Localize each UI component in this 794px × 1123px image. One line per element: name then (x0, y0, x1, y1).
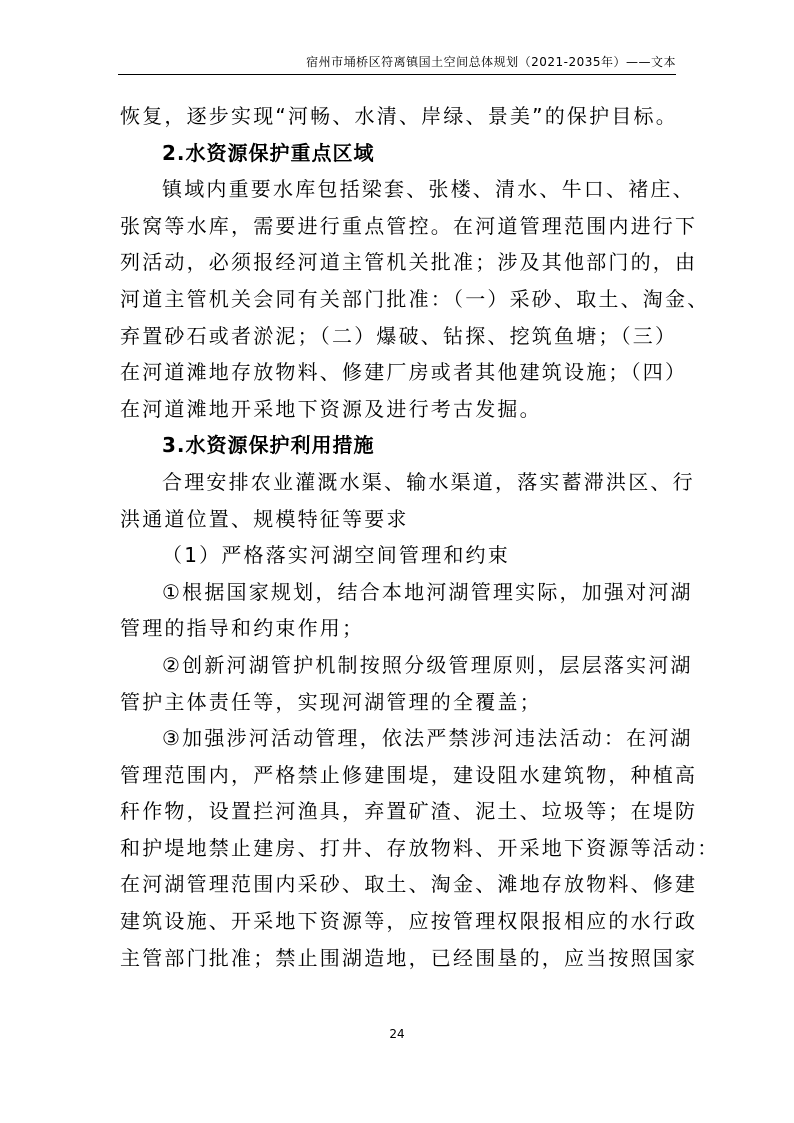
page-number: 24 (0, 1026, 794, 1042)
subsection-heading: （1）严格落实河湖空间管理和约束 (120, 537, 680, 574)
paragraph-line: 河道主管机关会同有关部门批准：（一）采砂、取土、淘金、 (120, 281, 680, 318)
paragraph-line: 主管部门批准；禁止围湖造地，已经围垦的，应当按照国家 (120, 940, 680, 977)
paragraph-line: 管理的指导和约束作用； (120, 610, 680, 647)
page-header: 宿州市埇桥区符离镇国土空间总体规划（2021-2035年）——文本 (118, 52, 676, 75)
list-item-2: ②创新河湖管护机制按照分级管理原则，层层落实河湖 (120, 647, 680, 684)
list-item-3: ③加强涉河活动管理，依法严禁涉河违法活动：在河湖 (120, 720, 680, 757)
paragraph-line: 管护主体责任等，实现河湖管理的全覆盖； (120, 684, 680, 721)
paragraph-line: 列活动，必须报经河道主管机关批准；涉及其他部门的，由 (120, 244, 680, 281)
paragraph-line: 在河湖管理范围内采砂、取土、淘金、滩地存放物料、修建 (120, 866, 680, 903)
paragraph-line: 建筑设施、开采地下资源等，应按管理权限报相应的水行政 (120, 903, 680, 940)
paragraph-line: 张窝等水库，需要进行重点管控。在河道管理范围内进行下 (120, 208, 680, 245)
paragraph-line: 洪通道位置、规模特征等要求 (120, 501, 680, 538)
paragraph-line: 管理范围内，严格禁止修建围堤，建设阻水建筑物，种植高 (120, 757, 680, 794)
list-item-1: ①根据国家规划，结合本地河湖管理实际，加强对河湖 (120, 574, 680, 611)
paragraph-line: 镇域内重要水库包括梁套、张楼、清水、牛口、褚庄、 (120, 171, 680, 208)
section-heading-water-protection-measures: 3.水资源保护利用措施 (120, 427, 680, 464)
body-text: 恢复，逐步实现“河畅、水清、岸绿、景美”的保护目标。 2.水资源保护重点区域 镇… (120, 98, 680, 976)
document-title: 宿州市埇桥区符离镇国土空间总体规划（2021-2035年）——文本 (306, 55, 676, 69)
paragraph-line: 在河道滩地存放物料、修建厂房或者其他建筑设施；（四） (120, 354, 680, 391)
paragraph-line: 合理安排农业灌溉水渠、输水渠道，落实蓄滞洪区、行 (120, 464, 680, 501)
paragraph-line: 在河道滩地开采地下资源及进行考古发掘。 (120, 391, 680, 428)
paragraph-line: 恢复，逐步实现“河畅、水清、岸绿、景美”的保护目标。 (120, 98, 680, 135)
paragraph-line: 和护堤地禁止建房、打井、存放物料、开采地下资源等活动： (120, 830, 680, 867)
paragraph-line: 秆作物，设置拦河渔具，弃置矿渣、泥土、垃圾等；在堤防 (120, 793, 680, 830)
paragraph-line: 弃置砂石或者淤泥；（二）爆破、钻探、挖筑鱼塘；（三） (120, 318, 680, 355)
section-heading-water-protection-zones: 2.水资源保护重点区域 (120, 135, 680, 172)
